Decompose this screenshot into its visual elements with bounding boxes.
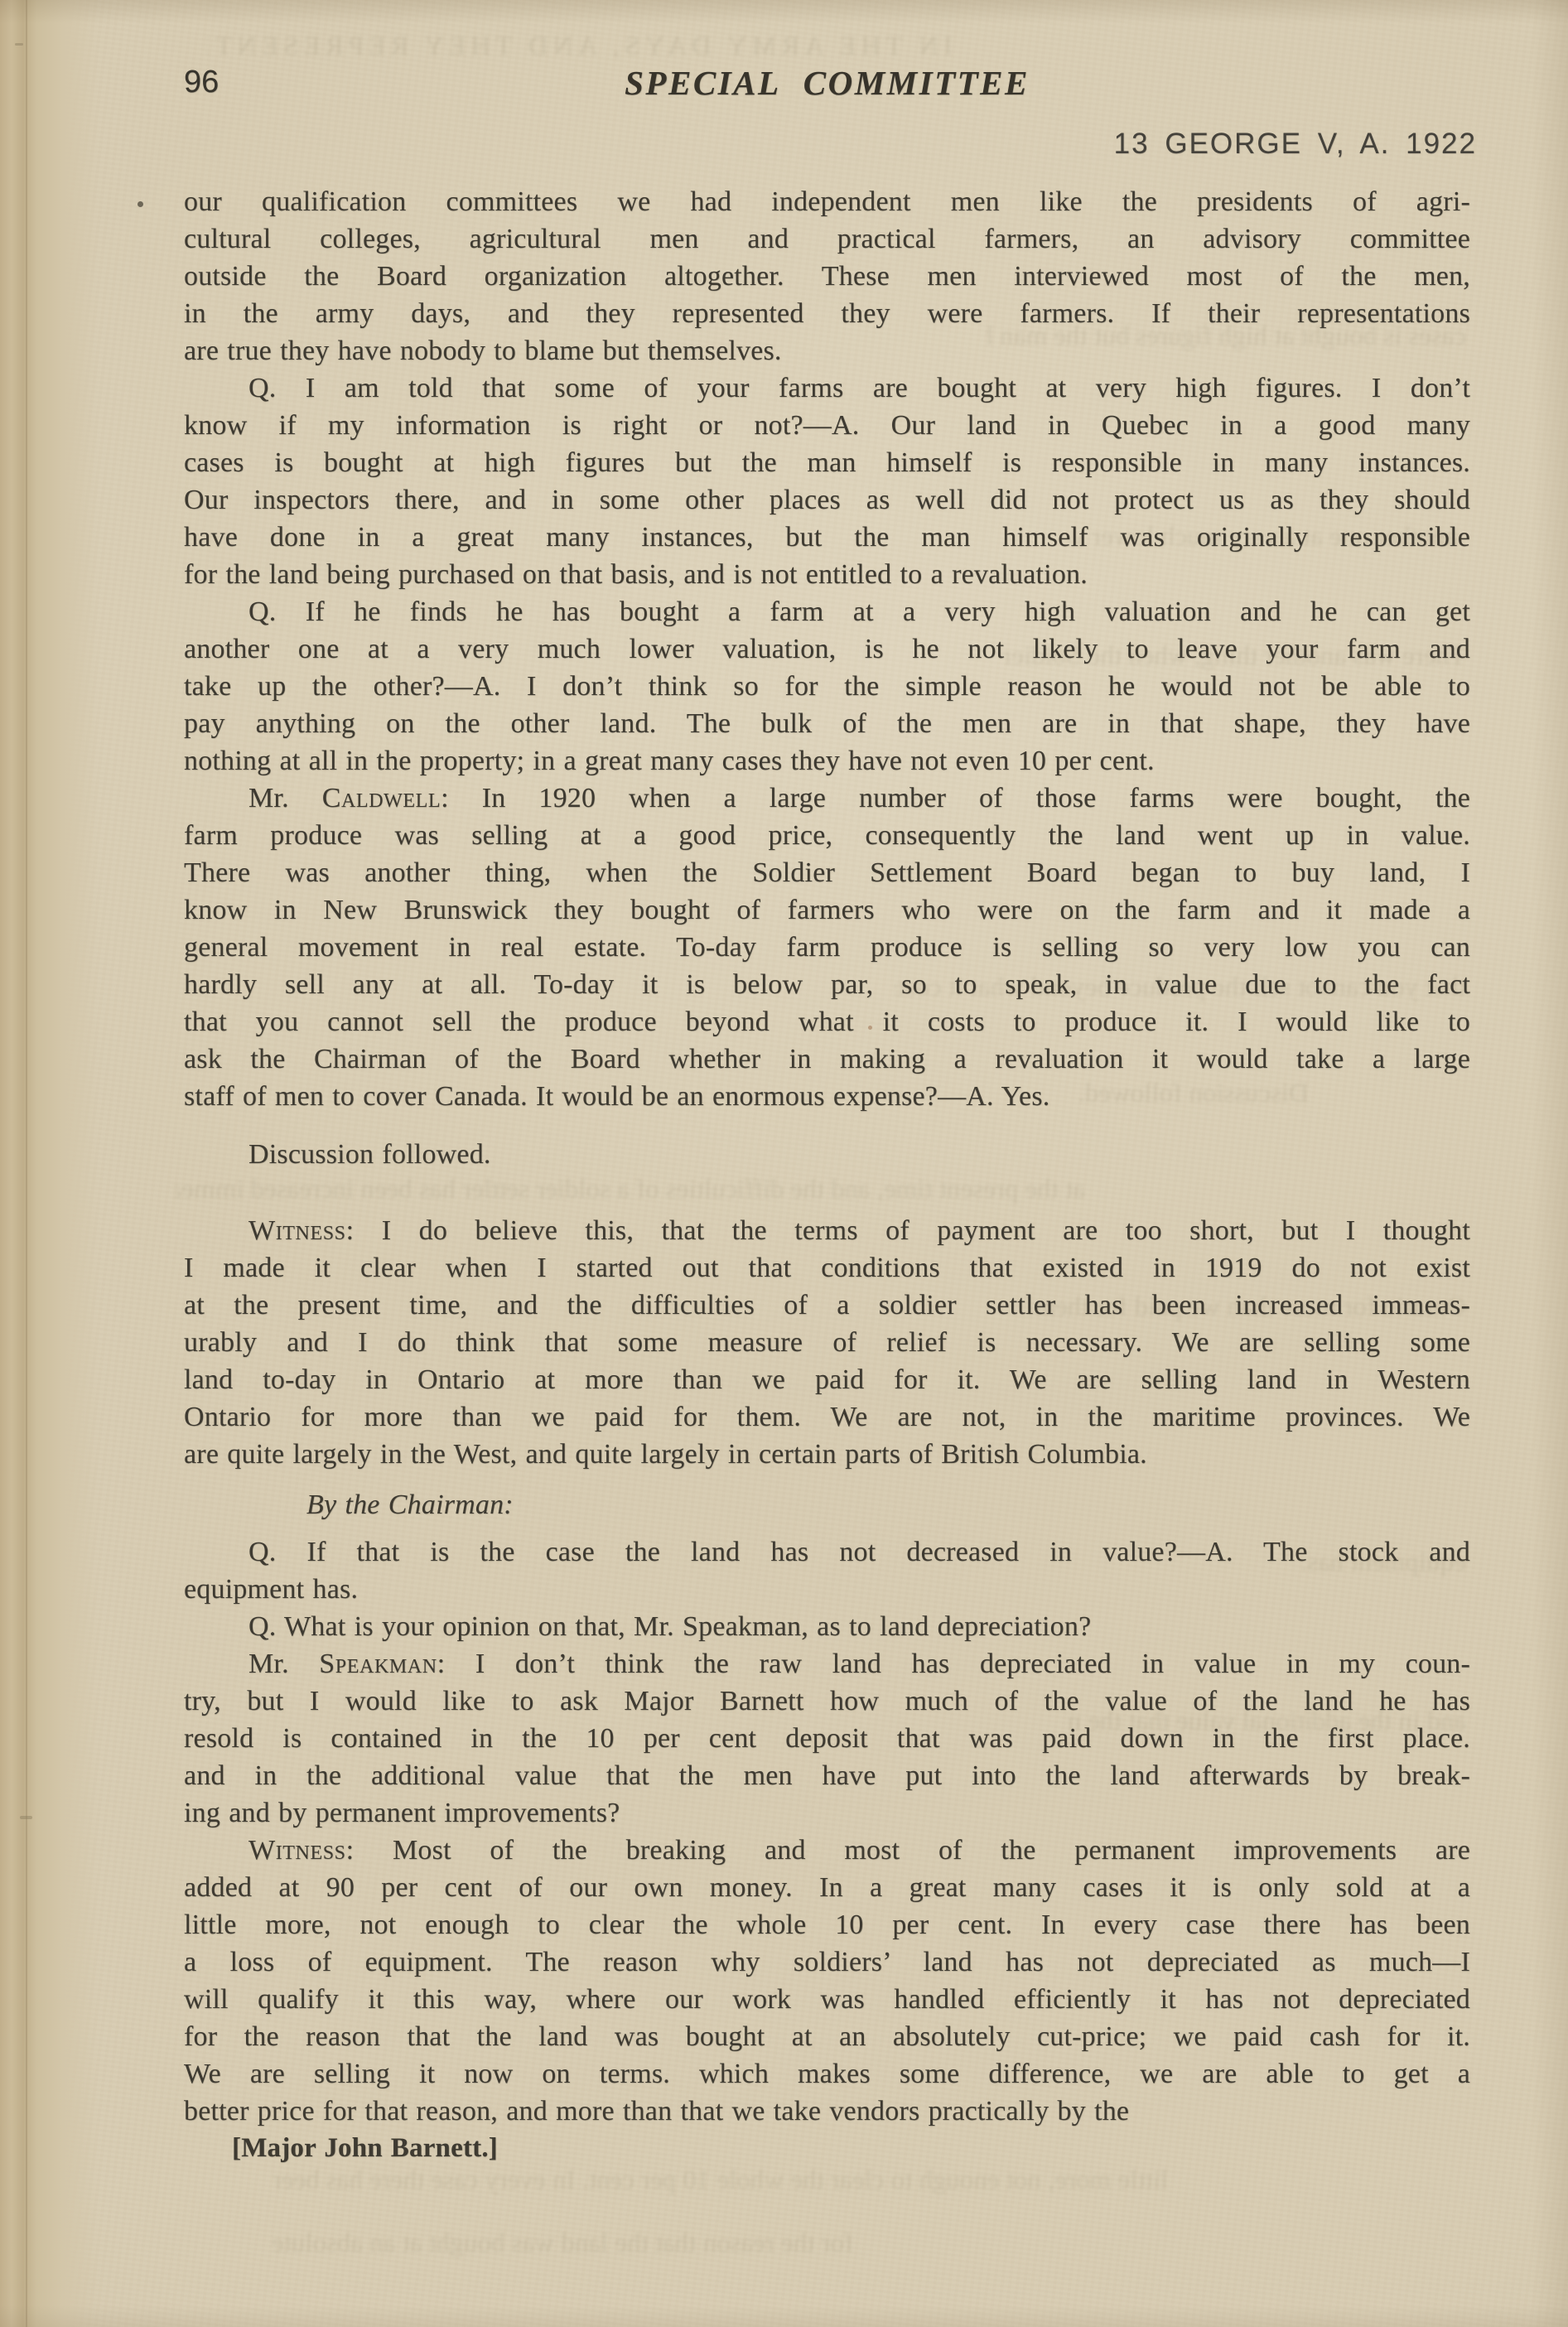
text-line: are quite largely in the West, and quite… <box>184 1436 1470 1473</box>
session-caption: 13 GEORGE V, A. 1922 <box>1114 128 1477 161</box>
text-line: Discussion followed. <box>184 1136 1470 1173</box>
text-line: ask the Chairman of the Board whether in… <box>184 1040 1470 1078</box>
speaker-name: Speakman <box>319 1649 437 1679</box>
text-line: Q. If that is the case the land has not … <box>184 1533 1470 1571</box>
text-line: Q. If he finds he has bought a farm at a… <box>184 593 1470 630</box>
text-line: We are selling it now on terms. which ma… <box>184 2055 1470 2093</box>
text-line: for the reason that the land was bought … <box>184 2018 1470 2055</box>
text-line: little more, not enough to clear the who… <box>184 1906 1470 1943</box>
text-line: know in New Brunswick they bought of far… <box>184 891 1470 929</box>
paragraph-qa: Q. I am told that some of your farms are… <box>184 369 1470 593</box>
paragraph-note: Discussion followed. <box>184 1136 1470 1173</box>
page-left-edge-shadow <box>0 0 99 2327</box>
text-line: better price for that reason, and more t… <box>184 2093 1470 2130</box>
paragraph-qa: Q. What is your opinion on that, Mr. Spe… <box>184 1608 1470 1645</box>
text-line: for the land being purchased on that bas… <box>184 556 1470 593</box>
text-line: have done in a great many instances, but… <box>184 519 1470 556</box>
text-line: Ontario for more than we paid for them. … <box>184 1398 1470 1436</box>
text-line: By the Chairman: <box>184 1486 1470 1523</box>
text-line: are true they have nobody to blame but t… <box>184 332 1470 369</box>
speaker-name: Witness <box>248 1835 346 1866</box>
text-line: resold is contained in the 10 per cent d… <box>184 1720 1470 1757</box>
text-line: I made it clear when I started out that … <box>184 1249 1470 1287</box>
text-line: cases is bought at high figures but the … <box>184 444 1470 481</box>
paper-speck <box>20 1816 32 1819</box>
text-line: ing and by permanent improvements? <box>184 1794 1470 1832</box>
text-line: Mr. Caldwell: In 1920 when a large numbe… <box>184 780 1470 817</box>
text-line: There was another thing, when the Soldie… <box>184 854 1470 891</box>
text-line: pay anything on the other land. The bulk… <box>184 705 1470 742</box>
witness-footer: [Major John Barnett.] <box>184 2130 1470 2167</box>
text-line: staff of men to cover Canada. It would b… <box>184 1078 1470 1115</box>
paragraph-speaker: Witness: I do believe this, that the ter… <box>184 1212 1470 1473</box>
paper-speck <box>15 43 23 46</box>
text-line: farm produce was selling at a good price… <box>184 817 1470 854</box>
paragraph-speaker: Mr. Caldwell: In 1920 when a large numbe… <box>184 780 1470 1115</box>
text-line: Witness: I do believe this, that the ter… <box>184 1212 1470 1249</box>
text-line: added at 90 per cent of our own money. I… <box>184 1869 1470 1906</box>
text-line: a loss of equipment. The reason why sold… <box>184 1943 1470 1981</box>
text-line: that you cannot sell the produce beyond … <box>184 1003 1470 1040</box>
paragraph-qa: Q. If that is the case the land has not … <box>184 1533 1470 1608</box>
page-right-edge-shadow <box>1532 0 1568 2327</box>
text-line: urably and I do think that some measure … <box>184 1324 1470 1361</box>
text-line: land to-day in Ontario at more than we p… <box>184 1361 1470 1398</box>
speaker-name: Witness <box>248 1215 346 1246</box>
text-line: cultural colleges, agricultural men and … <box>184 220 1470 258</box>
text-line: at the present time, and the difficultie… <box>184 1287 1470 1324</box>
speaker-name: Caldwell <box>322 783 441 813</box>
page-content: 96 SPECIAL COMMITTEE 13 GEORGE V, A. 192… <box>184 0 1470 2327</box>
running-title: SPECIAL COMMITTEE <box>625 63 1030 103</box>
paragraph-speaker: Witness: Most of the breaking and most o… <box>184 1832 1470 2130</box>
text-line: Q. I am told that some of your farms are… <box>184 369 1470 407</box>
page-number: 96 <box>184 65 219 100</box>
paragraph-continuation: our qualification committees we had inde… <box>184 183 1470 369</box>
text-line: Our inspectors there, and in some other … <box>184 481 1470 519</box>
text-line: try, but I would like to ask Major Barne… <box>184 1682 1470 1720</box>
scanned-document-page: in the army days, and they represented t… <box>0 0 1568 2327</box>
text-line: another one at a very much lower valuati… <box>184 630 1470 668</box>
text-line: nothing at all in the property; in a gre… <box>184 742 1470 780</box>
text-line: know if my information is right or not?—… <box>184 407 1470 444</box>
text-line: Q. What is your opinion on that, Mr. Spe… <box>184 1608 1470 1645</box>
text-line: and in the additional value that the men… <box>184 1757 1470 1794</box>
paragraph-qa: Q. If he finds he has bought a farm at a… <box>184 593 1470 780</box>
text-line: outside the Board organization altogethe… <box>184 258 1470 295</box>
text-line: in the army days, and they represented t… <box>184 295 1470 332</box>
text-line: will qualify it this way, where our work… <box>184 1981 1470 2018</box>
text-line: Mr. Speakman: I don’t think the raw land… <box>184 1645 1470 1682</box>
paper-speck <box>138 201 143 207</box>
text-line: general movement in real estate. To-day … <box>184 929 1470 966</box>
paragraph-speaker: Mr. Speakman: I don’t think the raw land… <box>184 1645 1470 1832</box>
text-line: take up the other?—A. I don’t think so f… <box>184 668 1470 705</box>
paragraph-byline: By the Chairman: <box>184 1486 1470 1523</box>
text-line: hardly sell any at all. To-day it is bel… <box>184 966 1470 1003</box>
paper-speck <box>868 1026 872 1030</box>
text-line: equipment has. <box>184 1571 1470 1608</box>
text-line: Witness: Most of the breaking and most o… <box>184 1832 1470 1869</box>
transcript-body: our qualification committees we had inde… <box>184 183 1470 2167</box>
text-line: our qualification committees we had inde… <box>184 183 1470 220</box>
